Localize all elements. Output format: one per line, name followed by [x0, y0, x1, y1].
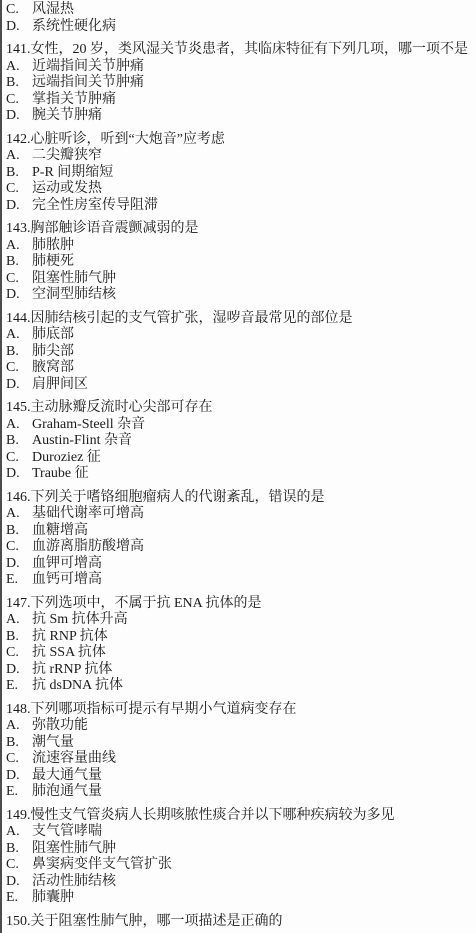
question-line: 141.女性，20 岁，类风湿关节炎患者，其临床特征有下列几项，哪一项不是 [6, 42, 474, 59]
option-line: C.流速容量曲线 [6, 751, 474, 768]
option-text: 基础代谢率可增高 [32, 506, 144, 521]
option-text: 血游离脂肪酸增高 [32, 539, 144, 554]
question-number: 142. [6, 132, 31, 147]
question-number: 143. [6, 221, 31, 236]
option-text: Graham-Steell 杂音 [32, 417, 145, 432]
option-letter: C. [6, 181, 32, 198]
option-line: E.肺囊肿 [6, 890, 474, 907]
question-block-145: 145.主动脉瓣反流时心尖部可存在 A.Graham-Steell 杂音 B.A… [6, 400, 474, 483]
option-line: B.潮气量 [6, 735, 474, 752]
option-line: A.肺底部 [6, 327, 474, 344]
option-letter: A. [6, 612, 32, 629]
question-block-144: 144.因肺结核引起的支气管扩张，湿哕音最常见的部位是 A.肺底部 B.肺尖部 … [6, 311, 474, 394]
option-text: 活动性肺结核 [32, 874, 116, 889]
option-line: D.最大通气量 [6, 768, 474, 785]
option-letter: E. [6, 890, 32, 907]
option-letter: C. [6, 645, 32, 662]
question-number: 147. [6, 596, 31, 611]
question-line: 146.下列关于嗜铬细胞瘤病人的代谢紊乱，错误的是 [6, 490, 474, 507]
question-number: 141. [6, 42, 31, 57]
option-text: 支气管哮喘 [32, 824, 102, 839]
question-stem: 下列选项中，不属于抗 ENA 抗体的是 [31, 596, 262, 611]
option-line: B.阻塞性肺气肿 [6, 841, 474, 858]
option-line: C.阻塞性肺气肿 [6, 271, 474, 288]
option-text: 潮气量 [32, 735, 74, 750]
option-line: C.掌指关节肿痛 [6, 92, 474, 109]
option-text: 流速容量曲线 [32, 751, 116, 766]
option-letter: B. [6, 629, 32, 646]
question-number: 144. [6, 311, 31, 326]
question-block-141: 141.女性，20 岁，类风湿关节炎患者，其临床特征有下列几项，哪一项不是 A.… [6, 42, 474, 125]
option-text: Austin-Flint 杂音 [32, 433, 132, 448]
option-line: C.血游离脂肪酸增高 [6, 539, 474, 556]
option-letter: A. [6, 59, 32, 76]
option-text: 肺囊肿 [32, 890, 74, 905]
option-line: D.Traube 征 [6, 466, 474, 483]
option-letter: C. [6, 92, 32, 109]
option-letter: E. [6, 572, 32, 589]
option-letter: A. [6, 327, 32, 344]
option-text: 抗 rRNP 抗体 [32, 662, 112, 677]
option-letter: B. [6, 433, 32, 450]
question-line: 144.因肺结核引起的支气管扩张，湿哕音最常见的部位是 [6, 311, 474, 328]
option-line: B.P-R 间期缩短 [6, 165, 474, 182]
option-line: D.系统性硬化病 [6, 19, 474, 36]
option-line: D.活动性肺结核 [6, 874, 474, 891]
option-letter: B. [6, 523, 32, 540]
option-text: 二尖瓣狭窄 [32, 148, 102, 163]
question-line: 147.下列选项中，不属于抗 ENA 抗体的是 [6, 596, 474, 613]
option-text: 肺底部 [32, 327, 74, 342]
question-stem: 下列关于嗜铬细胞瘤病人的代谢紊乱，错误的是 [31, 490, 325, 505]
option-line: B.肺梗死 [6, 254, 474, 271]
option-line: E.抗 dsDNA 抗体 [6, 678, 474, 695]
question-stem: 慢性支气管炎病人长期咳脓性痰合并以下哪种疾病较为多见 [31, 808, 395, 823]
option-letter: B. [6, 75, 32, 92]
option-letter: D. [6, 287, 32, 304]
option-letter: C. [6, 857, 32, 874]
option-text: 近端指间关节肿痛 [32, 59, 144, 74]
option-line: A.二尖瓣狭窄 [6, 148, 474, 165]
option-text: 空洞型肺结核 [32, 287, 116, 302]
option-line: D.腕关节肿痛 [6, 108, 474, 125]
option-letter: A. [6, 718, 32, 735]
question-line: 150.关于阻塞性肺气肿，哪一项描述是正确的 [6, 914, 474, 931]
question-stem: 心脏听诊，听到“大炮音”应考虑 [31, 132, 225, 147]
question-number: 145. [6, 400, 31, 415]
option-letter: A. [6, 824, 32, 841]
option-line: E.血钙可增高 [6, 572, 474, 589]
option-letter: D. [6, 198, 32, 215]
option-line: C.运动或发热 [6, 181, 474, 198]
option-text: Traube 征 [32, 466, 89, 481]
option-line: C.Duroziez 征 [6, 450, 474, 467]
option-text: 肩胛间区 [32, 377, 88, 392]
question-block-146: 146.下列关于嗜铬细胞瘤病人的代谢紊乱，错误的是 A.基础代谢率可增高 B.血… [6, 490, 474, 589]
option-letter: D. [6, 19, 32, 36]
option-text: 血钾可增高 [32, 556, 102, 571]
option-letter: C. [6, 271, 32, 288]
option-letter: D. [6, 377, 32, 394]
option-letter: E. [6, 784, 32, 801]
option-line: D.血钾可增高 [6, 556, 474, 573]
option-text: 肺泡通气量 [32, 784, 102, 799]
question-stem: 关于阻塞性肺气肿，哪一项描述是正确的 [31, 914, 283, 929]
question-stem: 下列哪项指标可提示有早期小气道病变存在 [31, 702, 297, 717]
option-text: P-R 间期缩短 [32, 165, 113, 180]
option-line: B.抗 RNP 抗体 [6, 629, 474, 646]
question-number: 148. [6, 702, 31, 717]
question-line: 148.下列哪项指标可提示有早期小气道病变存在 [6, 702, 474, 719]
option-text: 血糖增高 [32, 523, 88, 538]
option-letter: E. [6, 678, 32, 695]
option-text: 抗 Sm 抗体升高 [32, 612, 128, 627]
option-letter: A. [6, 148, 32, 165]
option-letter: A. [6, 417, 32, 434]
option-line: C.腋窝部 [6, 360, 474, 377]
option-letter: D. [6, 466, 32, 483]
option-line: A.抗 Sm 抗体升高 [6, 612, 474, 629]
question-block-continuation: C.风湿热 D.系统性硬化病 [6, 2, 474, 35]
exam-question-sheet: C.风湿热 D.系统性硬化病 141.女性，20 岁，类风湿关节炎患者，其临床特… [0, 0, 476, 933]
option-line: D.肩胛间区 [6, 377, 474, 394]
option-text: 运动或发热 [32, 181, 102, 196]
question-line: 145.主动脉瓣反流时心尖部可存在 [6, 400, 474, 417]
option-text: 肺梗死 [32, 254, 74, 269]
option-letter: A. [6, 506, 32, 523]
option-line: C.风湿热 [6, 2, 474, 19]
option-line: B.Austin-Flint 杂音 [6, 433, 474, 450]
option-text: 肺脓肿 [32, 238, 74, 253]
option-text: 阻塞性肺气肿 [32, 841, 116, 856]
option-letter: B. [6, 735, 32, 752]
option-line: A.弥散功能 [6, 718, 474, 735]
option-letter: B. [6, 254, 32, 271]
option-letter: B. [6, 165, 32, 182]
option-line: B.肺尖部 [6, 344, 474, 361]
option-line: E.肺泡通气量 [6, 784, 474, 801]
option-letter: D. [6, 768, 32, 785]
option-text: 风湿热 [32, 2, 74, 17]
option-text: 抗 RNP 抗体 [32, 629, 108, 644]
option-line: B.血糖增高 [6, 523, 474, 540]
question-number: 150. [6, 914, 31, 929]
option-letter: D. [6, 556, 32, 573]
option-line: A.肺脓肿 [6, 238, 474, 255]
option-text: 完全性房室传导阻滞 [32, 198, 158, 213]
option-line: A.近端指间关节肿痛 [6, 59, 474, 76]
option-text: 腕关节肿痛 [32, 108, 102, 123]
question-line: 149.慢性支气管炎病人长期咳脓性痰合并以下哪种疾病较为多见 [6, 808, 474, 825]
option-letter: C. [6, 539, 32, 556]
question-block-142: 142.心脏听诊，听到“大炮音”应考虑 A.二尖瓣狭窄 B.P-R 间期缩短 C… [6, 132, 474, 215]
option-letter: A. [6, 238, 32, 255]
question-stem: 女性，20 岁，类风湿关节炎患者，其临床特征有下列几项，哪一项不是 [31, 42, 469, 57]
option-letter: B. [6, 344, 32, 361]
option-line: D.完全性房室传导阻滞 [6, 198, 474, 215]
question-stem: 因肺结核引起的支气管扩张，湿哕音最常见的部位是 [31, 311, 353, 326]
option-line: C.抗 SSA 抗体 [6, 645, 474, 662]
question-block-149: 149.慢性支气管炎病人长期咳脓性痰合并以下哪种疾病较为多见 A.支气管哮喘 B… [6, 808, 474, 907]
option-line: A.基础代谢率可增高 [6, 506, 474, 523]
question-block-150: 150.关于阻塞性肺气肿，哪一项描述是正确的 [6, 914, 474, 931]
option-text: 系统性硬化病 [32, 19, 116, 34]
option-letter: B. [6, 841, 32, 858]
option-line: C.鼻窦病变伴支气管扩张 [6, 857, 474, 874]
question-line: 142.心脏听诊，听到“大炮音”应考虑 [6, 132, 474, 149]
option-line: A.支气管哮喘 [6, 824, 474, 841]
option-text: 远端指间关节肿痛 [32, 75, 144, 90]
option-text: 抗 SSA 抗体 [32, 645, 106, 660]
question-stem: 主动脉瓣反流时心尖部可存在 [31, 400, 213, 415]
option-text: 腋窝部 [32, 360, 74, 375]
option-line: D.空洞型肺结核 [6, 287, 474, 304]
option-text: 鼻窦病变伴支气管扩张 [32, 857, 172, 872]
option-text: 抗 dsDNA 抗体 [32, 678, 123, 693]
option-text: 掌指关节肿痛 [32, 92, 116, 107]
option-line: D.抗 rRNP 抗体 [6, 662, 474, 679]
option-letter: D. [6, 662, 32, 679]
question-stem: 胸部触诊语音震颤减弱的是 [31, 221, 199, 236]
question-number: 149. [6, 808, 31, 823]
option-letter: C. [6, 2, 32, 19]
option-letter: D. [6, 108, 32, 125]
option-letter: C. [6, 751, 32, 768]
option-letter: C. [6, 450, 32, 467]
option-text: 阻塞性肺气肿 [32, 271, 116, 286]
option-line: A.Graham-Steell 杂音 [6, 417, 474, 434]
question-number: 146. [6, 490, 31, 505]
option-text: 血钙可增高 [32, 572, 102, 587]
option-text: 肺尖部 [32, 344, 74, 359]
option-text: 最大通气量 [32, 768, 102, 783]
question-block-148: 148.下列哪项指标可提示有早期小气道病变存在 A.弥散功能 B.潮气量 C.流… [6, 702, 474, 801]
question-block-143: 143.胸部触诊语音震颤减弱的是 A.肺脓肿 B.肺梗死 C.阻塞性肺气肿 D.… [6, 221, 474, 304]
option-text: 弥散功能 [32, 718, 88, 733]
option-line: B.远端指间关节肿痛 [6, 75, 474, 92]
option-text: Duroziez 征 [32, 450, 101, 465]
question-block-147: 147.下列选项中，不属于抗 ENA 抗体的是 A.抗 Sm 抗体升高 B.抗 … [6, 596, 474, 695]
option-letter: D. [6, 874, 32, 891]
question-line: 143.胸部触诊语音震颤减弱的是 [6, 221, 474, 238]
option-letter: C. [6, 360, 32, 377]
